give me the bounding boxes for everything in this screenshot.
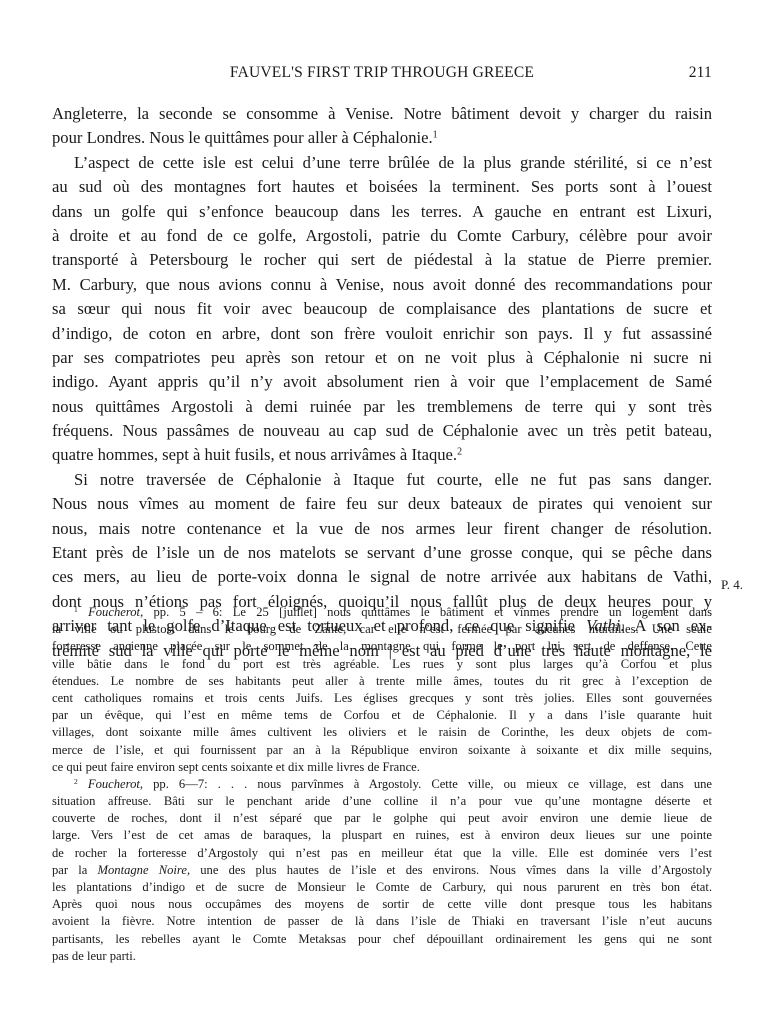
footnote-line: avoient la fièvre. Notre intention de pa… bbox=[52, 913, 712, 930]
footnote-ref-1[interactable]: 1 bbox=[433, 130, 438, 141]
footnote-ref-2[interactable]: 2 bbox=[457, 447, 462, 458]
footnote-text: , pp. 6—7: . . . nous parvînmes à Argost… bbox=[140, 777, 712, 791]
running-head: FAUVEL'S FIRST TRIP THROUGH GREECE 211 bbox=[52, 64, 712, 86]
footnote-line: par la Montagne Noire, une des plus haut… bbox=[52, 862, 712, 879]
footnote-line: ville bâtie dans le fond du port est trè… bbox=[52, 656, 712, 673]
body-line: pour Londres. Nous le quittâmes pour all… bbox=[52, 126, 712, 150]
body-line: au sud où des montagnes fort hautes et b… bbox=[52, 175, 712, 199]
footnote-line: pas de leur parti. bbox=[52, 948, 712, 965]
body-line: Etant près de l’isle un de nos matelots … bbox=[52, 541, 712, 565]
footnotes: 1 Foucherot, pp. 5 – 6: Le 25 [juillet] … bbox=[52, 604, 712, 965]
body-line: nous quittâmes Argostoli à demi ruinée p… bbox=[52, 395, 712, 419]
body-line: dans un golfe qui s’enfonce beaucoup dan… bbox=[52, 200, 712, 224]
body-line: L’aspect de cette isle est celui d’une t… bbox=[52, 151, 712, 175]
body-text: Angleterre, la seconde se consomme à Ven… bbox=[52, 102, 712, 663]
page-number: 211 bbox=[689, 64, 712, 82]
body-line-text: quatre hommes, sept à huit fusils, et no… bbox=[52, 445, 457, 464]
body-line: indigo. Ayant appris qu’il n’y avoit abs… bbox=[52, 370, 712, 394]
body-line: transporté à Petersbourg le rocher qui s… bbox=[52, 248, 712, 272]
body-line: M. Carbury, que nous avions connu à Veni… bbox=[52, 273, 712, 297]
footnote-number: 2 bbox=[74, 777, 78, 786]
footnote-line: cent catholiques romains et trois cents … bbox=[52, 690, 712, 707]
body-line-text: pour Londres. Nous le quittâmes pour all… bbox=[52, 128, 433, 147]
body-line: d’indigo, de coton en arbre, dont son fr… bbox=[52, 322, 712, 346]
footnote-author: Foucherot bbox=[88, 605, 140, 619]
footnote-number: 1 bbox=[74, 605, 78, 614]
footnote-1-first-line: 1 Foucherot, pp. 5 – 6: Le 25 [juillet] … bbox=[52, 604, 712, 621]
body-line: par ses compatriotes peu après son retou… bbox=[52, 346, 712, 370]
footnote-author: Foucherot bbox=[88, 777, 140, 791]
body-line: Angleterre, la seconde se consomme à Ven… bbox=[52, 102, 712, 126]
footnote-line: merce de l’isle, et qui fournissent par … bbox=[52, 742, 712, 759]
body-line: quatre hommes, sept à huit fusils, et no… bbox=[52, 443, 712, 467]
italic-term: Montagne Noire bbox=[98, 863, 187, 877]
body-line: Si notre traversée de Céphalonie à Itaqu… bbox=[52, 468, 712, 492]
footnote-line: de rocher la forteresse d’Argostoly qui … bbox=[52, 845, 712, 862]
footnote-line: les plantations d’indigo et de sucre de … bbox=[52, 879, 712, 896]
footnote-text: , pp. 5 – 6: Le 25 [juillet] nous quittâ… bbox=[140, 605, 712, 619]
body-line: Nous nous vîmes au moment de faire feu s… bbox=[52, 492, 712, 516]
body-line: à droite et au fond de ce golfe, Argosto… bbox=[52, 224, 712, 248]
footnote-line: partisants, les rebelles ayant le Comte … bbox=[52, 931, 712, 948]
body-line: sa sœur qui nous fit voir avec beaucoup … bbox=[52, 297, 712, 321]
body-line: ces mers, au lieu de porte-voix donna le… bbox=[52, 565, 712, 589]
footnote-line: Après quoi nous nous occupâmes des moyen… bbox=[52, 896, 712, 913]
footnote-line: ce qui peut faire environ sept cents soi… bbox=[52, 759, 712, 776]
footnote-line: étendues. Le nombre de ses habitants peu… bbox=[52, 673, 712, 690]
footnote-text: , une des plus hautes de l’isle et des e… bbox=[187, 863, 712, 877]
footnote-line: forteresse ancienne placée sur le sommet… bbox=[52, 638, 712, 655]
footnote-line: villages, dont soixante mille âmes culti… bbox=[52, 724, 712, 741]
footnote-line: situation affreuse. Bâti sur le penchant… bbox=[52, 793, 712, 810]
margin-page-reference: P. 4. bbox=[721, 577, 743, 593]
body-line: fréquens. Nous passâmes de nouveau au ca… bbox=[52, 419, 712, 443]
footnote-2-first-line: 2 Foucherot, pp. 6—7: . . . nous parvînm… bbox=[52, 776, 712, 793]
running-title: FAUVEL'S FIRST TRIP THROUGH GREECE bbox=[52, 64, 712, 82]
footnote-line: par un évêque, qui l’est en même tems de… bbox=[52, 707, 712, 724]
footnote-line: couverte de roches, dont il n’est séparé… bbox=[52, 810, 712, 827]
body-line: nous, mais notre contenance et la vue de… bbox=[52, 517, 712, 541]
footnote-line: la ville ou plustost dans le bourg de Za… bbox=[52, 621, 712, 638]
footnote-text: par la bbox=[52, 863, 98, 877]
footnote-line: large. Vers l’est de cet amas de baraque… bbox=[52, 827, 712, 844]
